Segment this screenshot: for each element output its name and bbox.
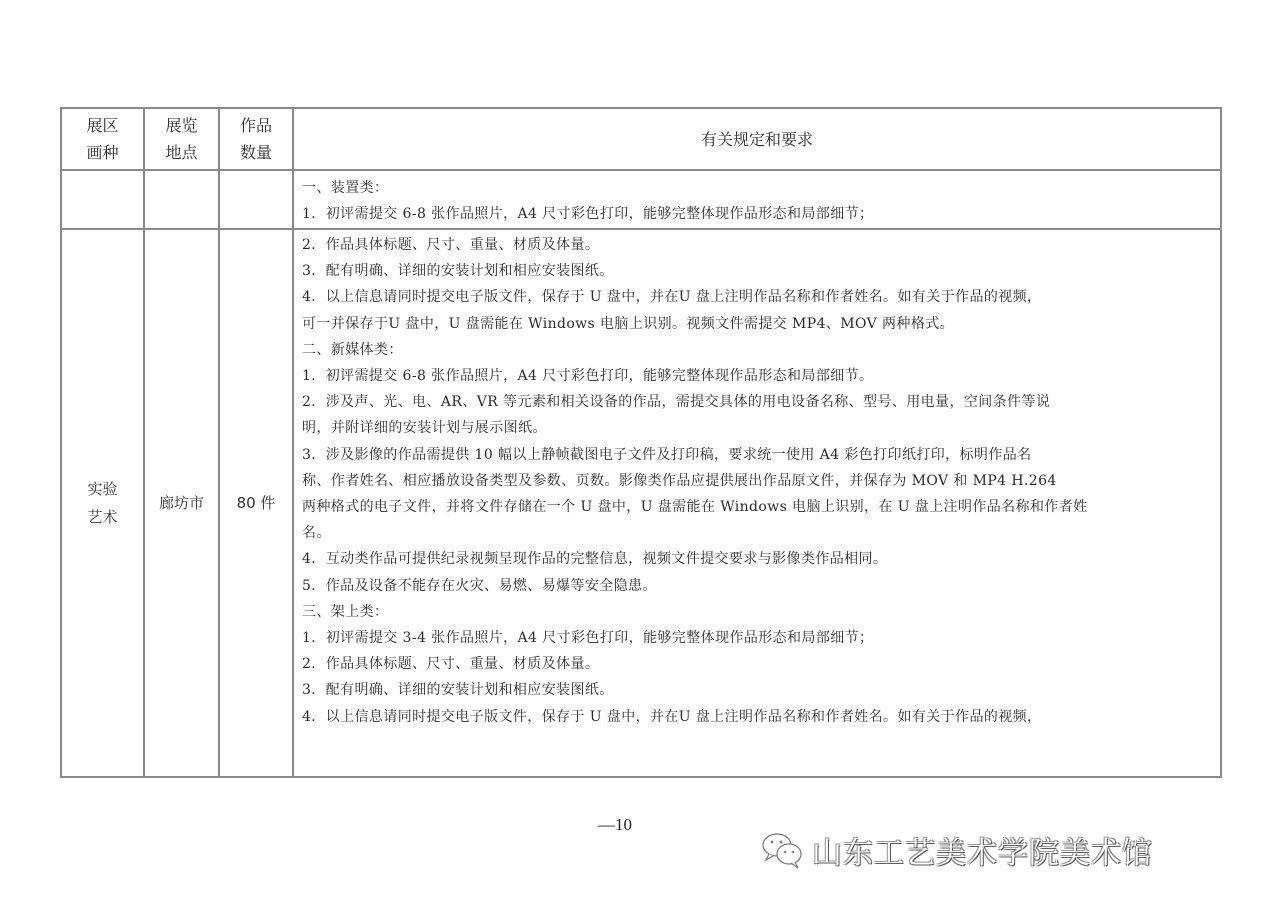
header-area-type: 展区 画种 xyxy=(61,108,144,170)
header-area-type-line2: 画种 xyxy=(62,139,143,166)
section-heading-easel: 三、架上类： xyxy=(302,599,1212,625)
watermark-text: 山东工艺美术学院美术馆 xyxy=(812,828,1153,872)
section-heading-new-media: 二、新媒体类： xyxy=(302,337,1212,363)
header-location-line2: 地点 xyxy=(145,139,218,166)
header-quantity-line2: 数量 xyxy=(220,139,292,166)
requirement-line: 3．涉及影像的作品需提供 10 幅以上静帧截图电子文件及打印稿，要求统一使用 A… xyxy=(302,442,1212,468)
header-location: 展览 地点 xyxy=(144,108,219,170)
requirement-line: 2．作品具体标题、尺寸、重量、材质及体量。 xyxy=(302,651,1212,677)
requirement-line: 4．互动类作品可提供纪录视频呈现作品的完整信息，视频文件提交要求与影像类作品相同… xyxy=(302,546,1212,572)
area-type-line1: 实验 xyxy=(62,475,143,503)
requirement-line: 一、装置类： xyxy=(302,175,1212,201)
cell-quantity xyxy=(219,170,293,229)
requirement-line: 4．以上信息请同时提交电子版文件，保存于 U 盘中，并在U 盘上注明作品名称和作… xyxy=(302,284,1212,310)
page-number: —10 xyxy=(598,815,632,835)
requirement-line: 3．配有明确、详细的安装计划和相应安装图纸。 xyxy=(302,258,1212,284)
requirements-table: 展区 画种 展览 地点 作品 数量 有关规定和要求 一、装置类： 1．初评需提交… xyxy=(60,107,1222,778)
area-type-line2: 艺术 xyxy=(62,503,143,531)
header-area-type-line1: 展区 xyxy=(62,112,143,139)
requirement-line: 可一并保存于U 盘中，U 盘需能在 Windows 电脑上识别。视频文件需提交 … xyxy=(302,311,1212,337)
cell-requirements: 2．作品具体标题、尺寸、重量、材质及体量。 3．配有明确、详细的安装计划和相应安… xyxy=(293,229,1221,777)
header-quantity-line1: 作品 xyxy=(220,112,292,139)
wechat-icon xyxy=(760,830,806,870)
header-location-line1: 展览 xyxy=(145,112,218,139)
table-row: 实验 艺术 廊坊市 80 件 2．作品具体标题、尺寸、重量、材质及体量。 3．配… xyxy=(61,229,1221,777)
requirement-line: 4．以上信息请同时提交电子版文件，保存于 U 盘中，并在U 盘上注明作品名称和作… xyxy=(302,704,1212,730)
requirement-line: 明，并附详细的安装计划与展示图纸。 xyxy=(302,415,1212,441)
header-requirements: 有关规定和要求 xyxy=(293,108,1221,170)
requirement-line: 1．初评需提交 3-4 张作品照片，A4 尺寸彩色打印，能够完整体现作品形态和局… xyxy=(302,625,1212,651)
requirement-line: 1．初评需提交 6-8 张作品照片，A4 尺寸彩色打印，能够完整体现作品形态和局… xyxy=(302,201,1212,227)
header-quantity: 作品 数量 xyxy=(219,108,293,170)
requirement-line: 2．作品具体标题、尺寸、重量、材质及体量。 xyxy=(302,232,1212,258)
cell-location xyxy=(144,170,219,229)
requirement-line: 1．初评需提交 6-8 张作品照片，A4 尺寸彩色打印，能够完整体现作品形态和局… xyxy=(302,363,1212,389)
table-row: 一、装置类： 1．初评需提交 6-8 张作品照片，A4 尺寸彩色打印，能够完整体… xyxy=(61,170,1221,229)
cell-location: 廊坊市 xyxy=(144,229,219,777)
watermark: 山东工艺美术学院美术馆 xyxy=(760,828,1153,872)
table-header-row: 展区 画种 展览 地点 作品 数量 有关规定和要求 xyxy=(61,108,1221,170)
cell-requirements: 一、装置类： 1．初评需提交 6-8 张作品照片，A4 尺寸彩色打印，能够完整体… xyxy=(293,170,1221,229)
requirement-line: 2．涉及声、光、电、AR、VR 等元素和相关设备的作品，需提交具体的用电设备名称… xyxy=(302,389,1212,415)
cell-area-type: 实验 艺术 xyxy=(61,229,144,777)
cell-area-type xyxy=(61,170,144,229)
requirement-line: 5．作品及设备不能存在火灾、易燃、易爆等安全隐患。 xyxy=(302,573,1212,599)
requirement-line: 3．配有明确、详细的安装计划和相应安装图纸。 xyxy=(302,677,1212,703)
cell-quantity: 80 件 xyxy=(219,229,293,777)
requirement-line: 名。 xyxy=(302,520,1212,546)
requirement-line: 两种格式的电子文件，并将文件存储在一个 U 盘中，U 盘需能在 Windows … xyxy=(302,494,1212,520)
requirement-line: 称、作者姓名、相应播放设备类型及参数、页数。影像类作品应提供展出作品原文件，并保… xyxy=(302,468,1212,494)
